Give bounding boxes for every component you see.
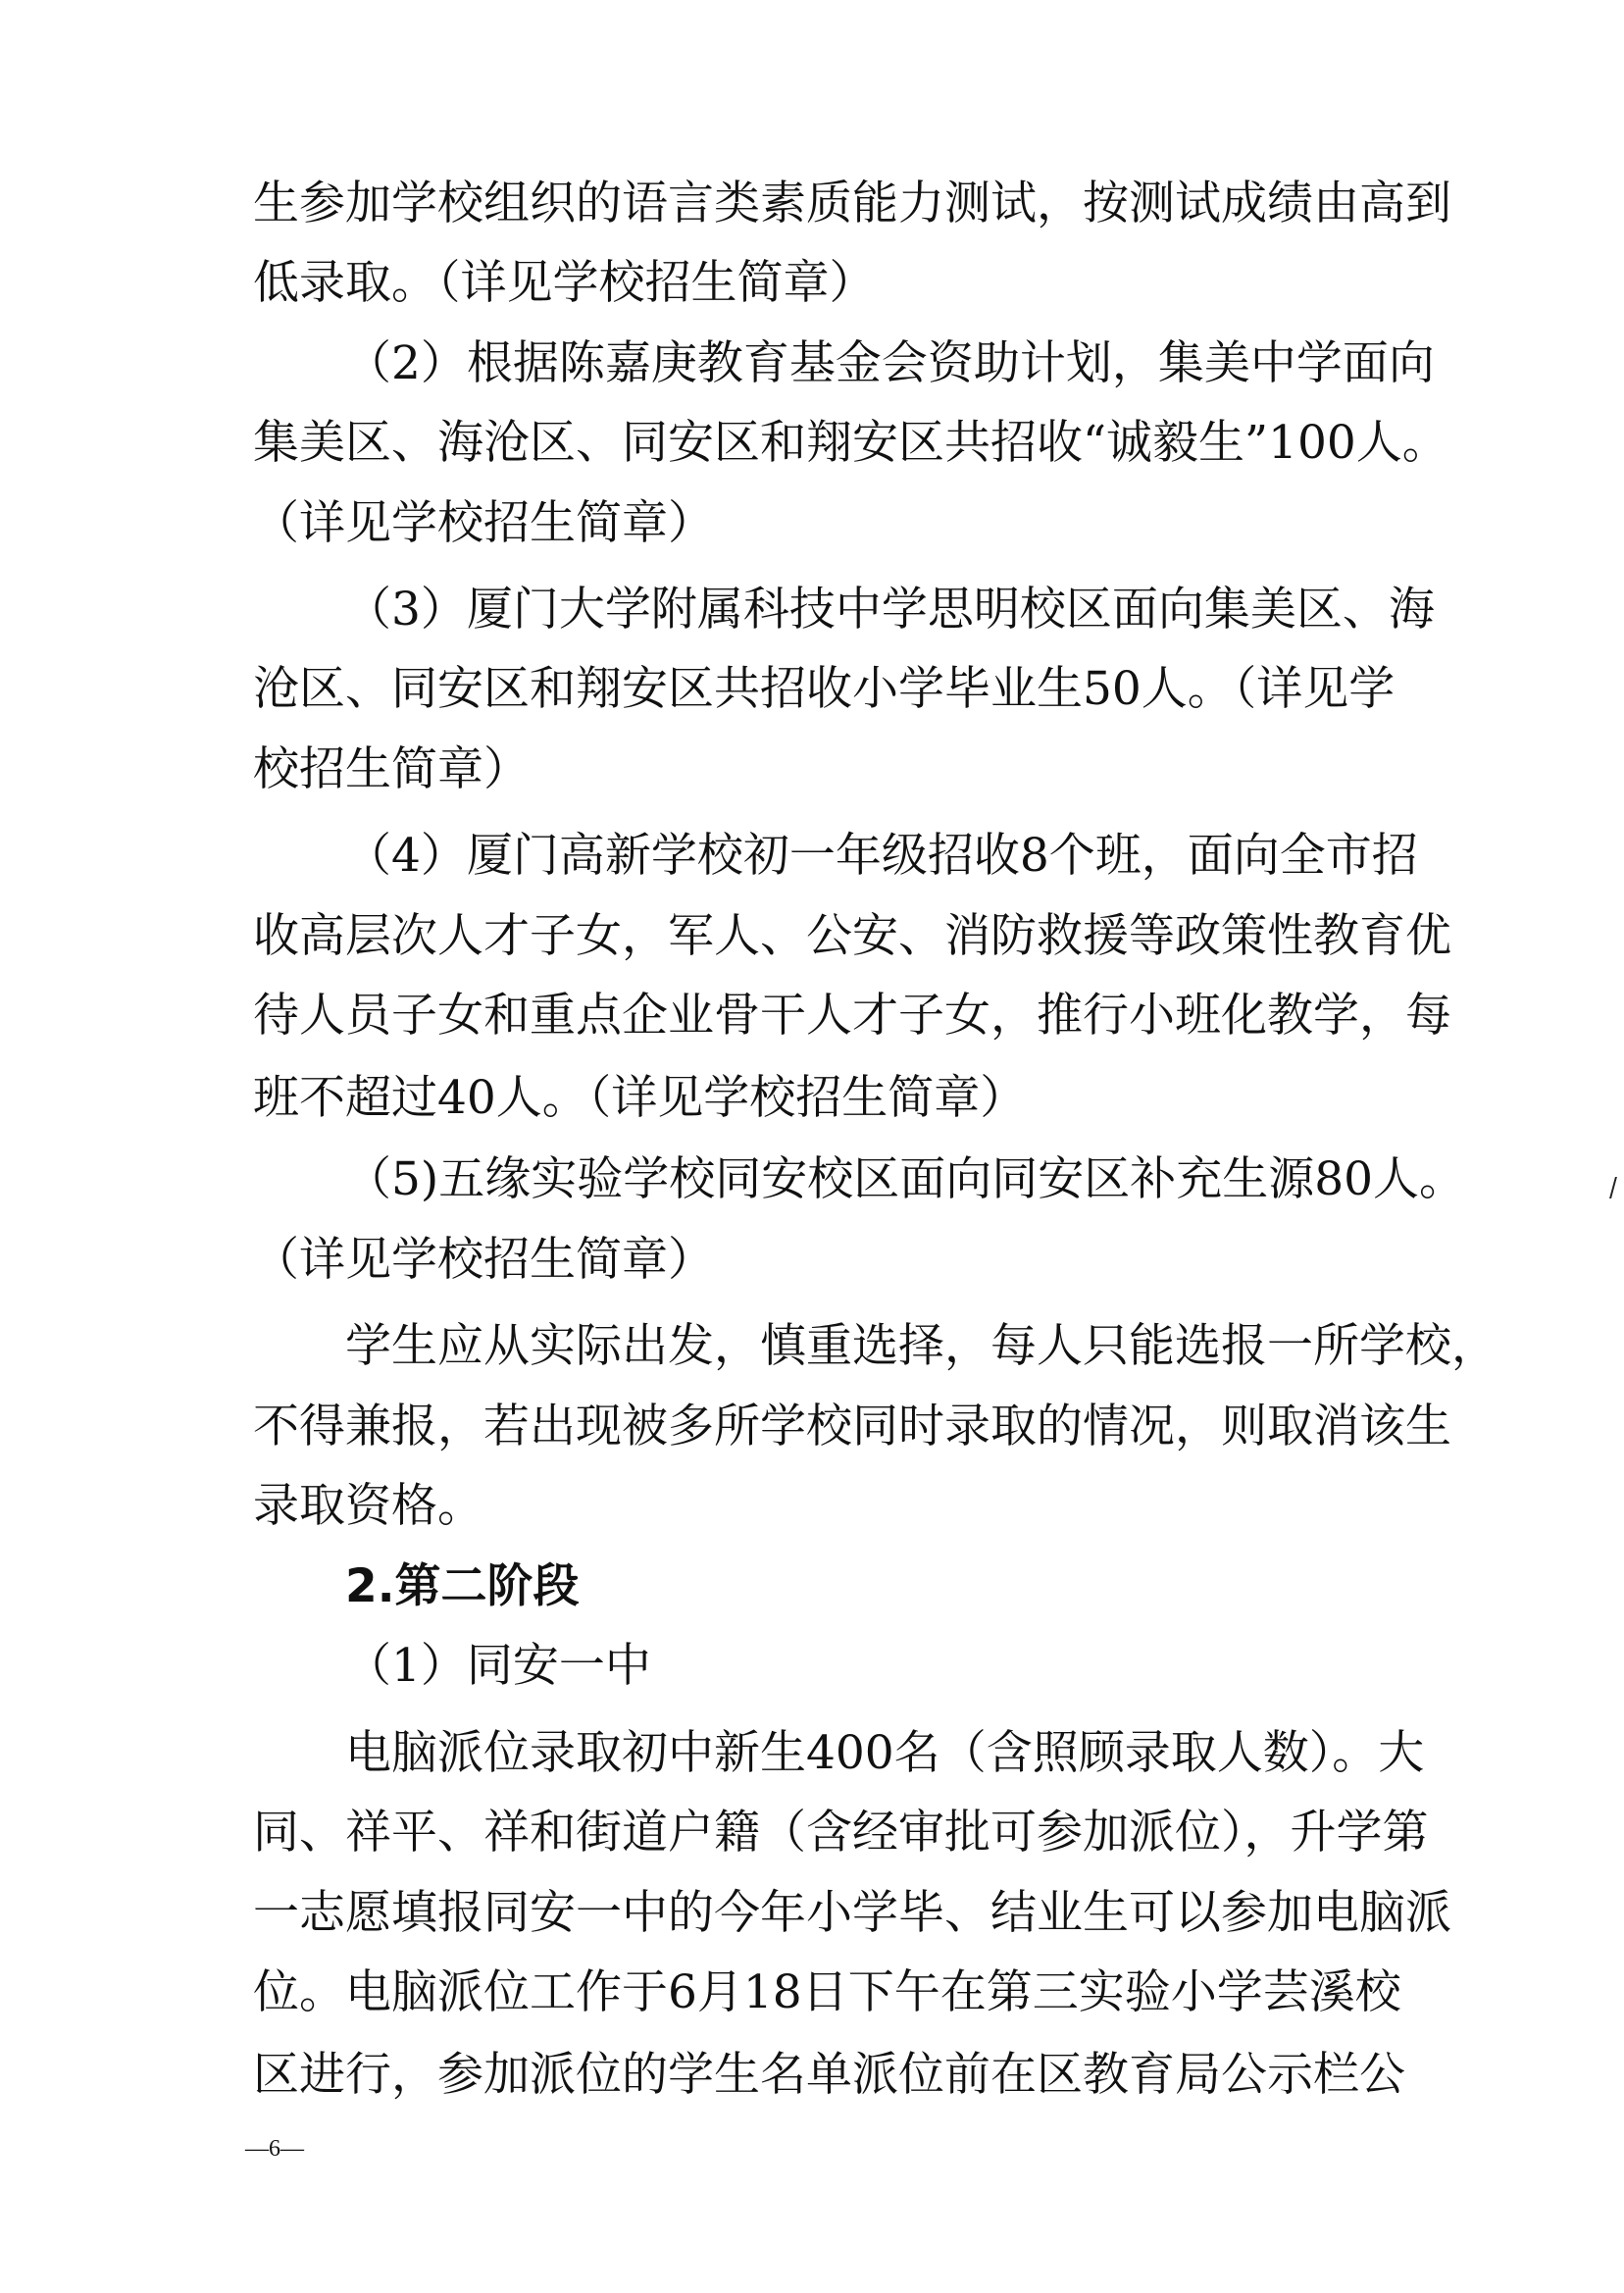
text-line: （详见学校招生简章） [253, 494, 1381, 553]
text-line: （4）厦门高新学校初一年级招收8个班，面向全市招 [345, 827, 1381, 886]
text-line: 沧区、同安区和翔安区共招收小学毕业生50人。（详见学 [253, 660, 1381, 719]
text-line: （3）厦门大学附属科技中学思明校区面向集美区、海 [345, 581, 1381, 639]
text-line: 区进行，参加派位的学生名单派位前在区教育局公示栏公 [253, 2046, 1381, 2105]
document-page: 生参加学校组织的语言类素质能力测试，按测试成绩由高到低录取。（详见学校招生简章）… [0, 0, 1624, 2293]
text-line: 低录取。（详见学校招生简章） [253, 254, 1381, 313]
text-line: 生参加学校组织的语言类素质能力测试，按测试成绩由高到 [253, 175, 1381, 233]
page-number: —6— [245, 2134, 304, 2164]
text-line: 一志愿填报同安一中的今年小学毕、结业生可以参加电脑派 [253, 1884, 1381, 1943]
text-line: 校招生简章） [253, 740, 1381, 799]
text-line: 不得兼报，若出现被多所学校同时录取的情况，则取消该生 [253, 1398, 1381, 1456]
text-line: 学生应从实际出发，慎重选择，每人只能选报一所学校， [345, 1317, 1381, 1376]
text-line: 同、祥平、祥和街道户籍（含经审批可参加派位），升学第 [253, 1804, 1381, 1862]
scan-margin-mark [1609, 1177, 1617, 1198]
text-line: （1）同安一中 [345, 1637, 1381, 1696]
text-line: 电脑派位录取初中新生400名（含照顾录取人数）。大 [345, 1724, 1381, 1783]
text-line: 待人员子女和重点企业骨干人才子女，推行小班化教学，每 [253, 987, 1381, 1045]
text-line: 班不超过40人。（详见学校招生简章） [253, 1069, 1381, 1128]
text-line: （详见学校招生简章） [253, 1231, 1381, 1290]
text-line: 录取资格。 [253, 1477, 1381, 1536]
text-line: （2）根据陈嘉庚教育基金会资助计划，集美中学面向 [345, 334, 1381, 393]
text-line: 位。电脑派位工作于6月18日下午在第三实验小学芸溪校 [253, 1963, 1381, 2022]
text-line: 集美区、海沧区、同安区和翔安区共招收“诚毅生”100人。 [253, 414, 1381, 473]
section-heading: 2.第二阶段 [345, 1557, 1381, 1616]
text-line: 收高层次人才子女，军人、公安、消防救援等政策性教育优 [253, 907, 1381, 966]
text-line: （5)五缘实验学校同安校区面向同安区补充生源80人。 [345, 1150, 1381, 1209]
